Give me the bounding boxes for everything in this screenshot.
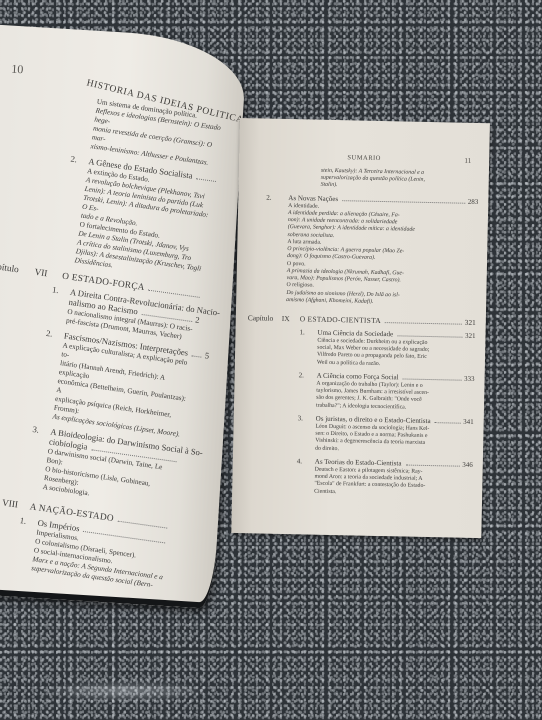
- toc-entry-link[interactable]: A Ciência como Força Social: [317, 372, 399, 382]
- left-folio: 10: [11, 62, 24, 77]
- toc-section: 1. Uma Ciência da Sociedade 321 Ciência …: [244, 327, 475, 498]
- toc-section: 1. A Direita Contra-Revolucionária: do N…: [0, 275, 202, 510]
- page-number: 333: [464, 375, 475, 383]
- page-number: 283: [468, 197, 479, 205]
- page-number: 341: [463, 418, 474, 426]
- left-page: 10 HISTORIA DAS IDEIAS POLITICAS Um sist…: [0, 24, 248, 609]
- toc-section: 2. As Novas Nações 283 A identidade. A i…: [248, 193, 478, 308]
- toc-entry-link[interactable]: Uma Ciência da Sociedade: [317, 329, 393, 339]
- right-toc: stein, Kautsky): A Terceira Internaciona…: [244, 166, 479, 498]
- page-number: 346: [462, 461, 473, 469]
- left-toc: Um sistema de dominação política. Reflex…: [0, 86, 228, 592]
- countertop-glare: [40, 680, 210, 702]
- page-number: 321: [465, 318, 476, 327]
- toc-entry-link[interactable]: As Novas Nações: [288, 194, 338, 203]
- toc-entry-link[interactable]: O ESTADO-CIENTISTA: [300, 314, 381, 325]
- page-number: 321: [465, 332, 476, 340]
- page-number: 2: [195, 315, 201, 326]
- right-folio: 11: [464, 157, 471, 165]
- right-running-head: SUMARIO: [239, 152, 489, 164]
- chapter-heading-ix: Capítulo IX O ESTADO-CIENTISTA 321: [248, 313, 476, 328]
- right-page: SUMARIO 11 stein, Kautsky): A Terceira I…: [231, 118, 490, 538]
- toc-subtopics: A extinção do Estado. A revolução bolche…: [56, 165, 218, 284]
- page-number: 5: [204, 350, 210, 361]
